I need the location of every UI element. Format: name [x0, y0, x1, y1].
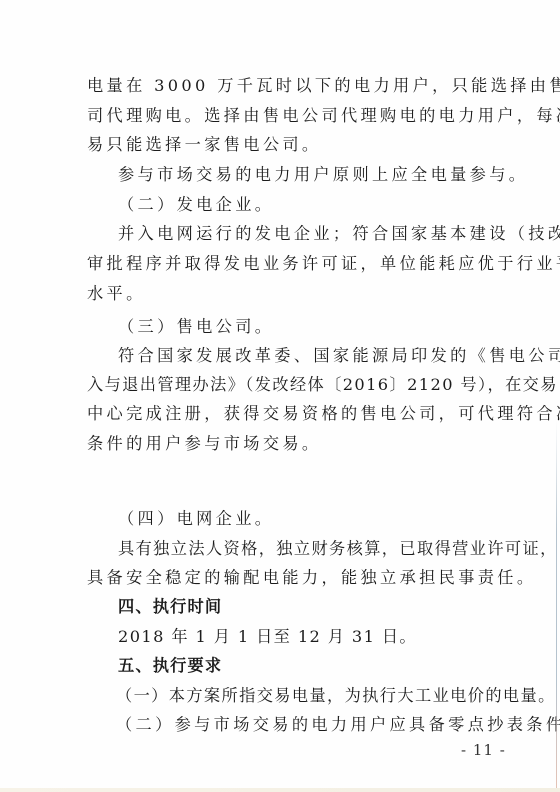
- section-heading-power-generation: （二）发电企业。: [118, 195, 528, 215]
- paragraph-line: 符合国家发展改革委、国家能源局印发的《售电公司准: [118, 346, 528, 366]
- paragraph-line: （二）参与市场交易的电力用户应具备零点抄表条件，: [116, 715, 526, 735]
- paragraph-line: 参与市场交易的电力用户原则上应全电量参与。: [118, 165, 528, 185]
- paragraph-line: 具有独立法人资格，独立财务核算，已取得营业许可证，: [118, 539, 528, 559]
- paragraph-line: 司代理购电。选择由售电公司代理购电的电力用户，每次交: [87, 106, 497, 126]
- paragraph-line: 易只能选择一家售电公司。: [87, 135, 497, 155]
- paragraph-line: 审批程序并取得发电业务许可证，单位能耗应优于行业平均: [87, 254, 497, 274]
- section-heading-execution-requirements: 五、执行要求: [118, 656, 528, 676]
- scan-bottom-edge: [0, 788, 560, 792]
- paragraph-line: 电量在 3000 万千瓦时以下的电力用户，只能选择由售电公: [87, 76, 497, 96]
- section-heading-execution-time: 四、执行时间: [118, 597, 528, 617]
- section-heading-retail-company: （三）售电公司。: [118, 317, 528, 337]
- paragraph-line: 2018 年 1 月 1 日至 12 月 31 日。: [118, 627, 528, 647]
- document-page: 电量在 3000 万千瓦时以下的电力用户，只能选择由售电公 司代理购电。选择由售…: [0, 0, 560, 792]
- paragraph-line: 条件的用户参与市场交易。: [87, 434, 497, 454]
- paragraph-line: （一）本方案所指交易电量，为执行大工业电价的电量。: [116, 686, 526, 706]
- paragraph-line: 具备安全稳定的输配电能力，能独立承担民事责任。: [87, 568, 497, 588]
- page-number: - 11 -: [461, 741, 506, 759]
- scan-edge-line: [556, 420, 557, 792]
- paragraph-line: 并入电网运行的发电企业；符合国家基本建设（技改）: [118, 224, 528, 244]
- paragraph-line: 入与退出管理办法》（发改经体〔2016〕2120 号），在交易: [87, 375, 497, 395]
- section-heading-grid-enterprise: （四）电网企业。: [118, 509, 528, 529]
- paragraph-line: 水平。: [87, 284, 497, 304]
- paragraph-line: 中心完成注册，获得交易资格的售电公司，可代理符合准入: [87, 404, 497, 424]
